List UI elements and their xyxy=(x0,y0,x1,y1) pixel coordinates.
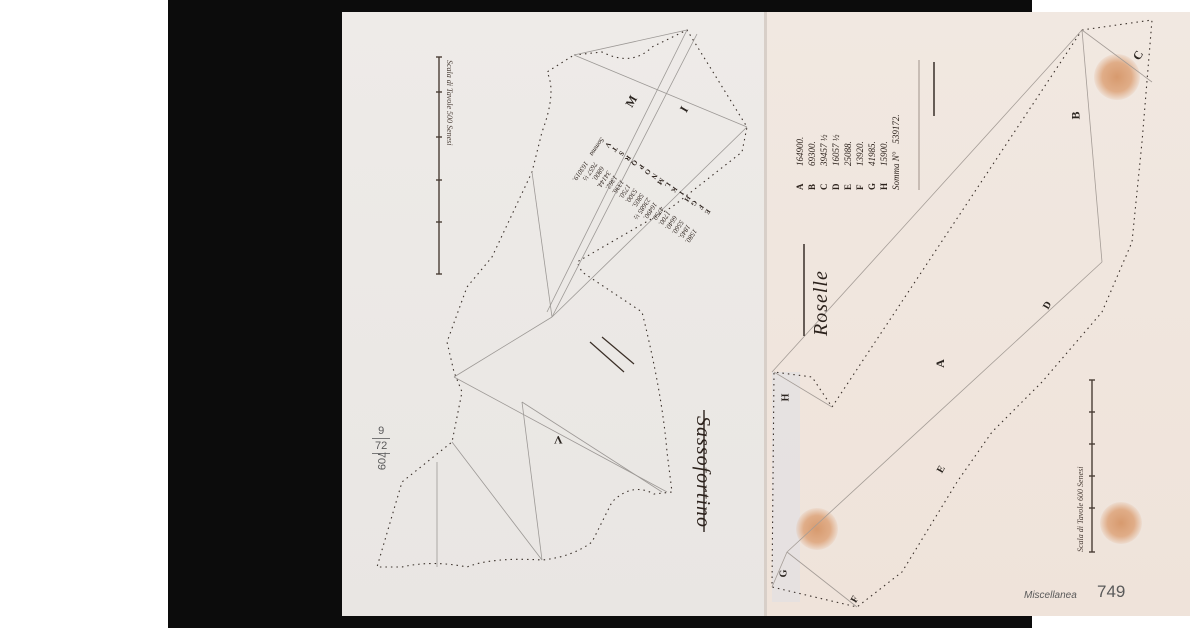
parcel-label-roselle-b: B xyxy=(1069,111,1084,119)
archive-label: Miscellanea xyxy=(1024,590,1077,601)
parcel-label-sassofortino-v: V xyxy=(554,432,563,447)
table-row: E25088. xyxy=(842,114,854,190)
table-row: A164900. xyxy=(794,114,806,190)
parcel-lines xyxy=(342,12,1190,616)
parcel-label-roselle-h: H xyxy=(780,394,791,402)
table-row: D16057 ½ xyxy=(830,114,842,190)
table-row: F13920. xyxy=(854,114,866,190)
archive-number: 749 xyxy=(1097,582,1125,602)
map-title-sassofortino: Sassofortino xyxy=(691,416,714,528)
area-table-roselle: A164900. B69300. C39457 ½ D16057 ½ E2508… xyxy=(794,114,902,190)
scan-background: Sassofortino Roselle Scala di Tavole 500… xyxy=(168,0,1032,628)
table-row: H15900. xyxy=(878,114,890,190)
scale-label-roselle: Scala di Tavole 600 Senesi xyxy=(1076,467,1085,552)
table-row: B69300. xyxy=(806,114,818,190)
table-row: C39457 ½ xyxy=(818,114,830,190)
parcel-label-roselle-g: G xyxy=(778,570,789,578)
parcel-label-roselle-a: A xyxy=(933,359,948,368)
map-title-roselle: Roselle xyxy=(810,270,833,336)
pencil-margin-note: 9 72 709 xyxy=(372,424,390,468)
table-row: G41985. xyxy=(866,114,878,190)
table-total: Somma N°539172. xyxy=(890,114,902,190)
map-sheet: Sassofortino Roselle Scala di Tavole 500… xyxy=(342,12,1190,616)
scale-label-sassofortino: Scala di Tavole 500 Senesi xyxy=(445,60,454,145)
